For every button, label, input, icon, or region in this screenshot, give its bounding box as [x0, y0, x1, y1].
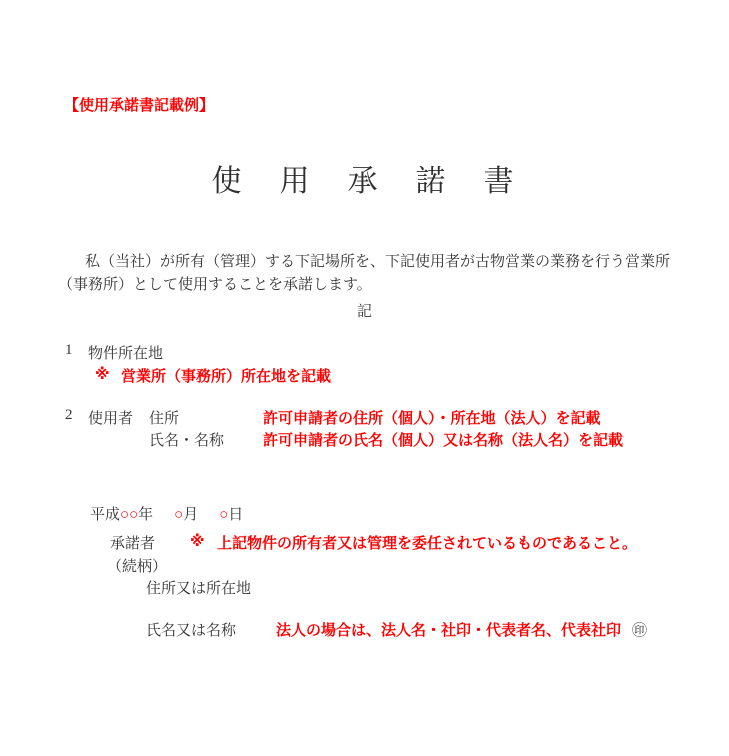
item2-address-label: 住所	[149, 407, 179, 428]
item2-name-note: 許可申請者の氏名（個人）又は名称（法人名）を記載	[263, 429, 623, 450]
consenter-note-mark: ※	[190, 532, 205, 550]
consenter-name-note: 法人の場合は、法人名・社印・代表者名、代表社印	[276, 619, 621, 640]
item2-label: 使用者	[88, 407, 133, 428]
ki-marker: 記	[0, 300, 729, 321]
seal-mark-icon: ㊞	[632, 619, 647, 640]
item2-row1: 2 使用者 住所 許可申請者の住所（個人）・所在地（法人）を記載	[0, 407, 729, 429]
item1-note: 営業所（事務所）所在地を記載	[121, 365, 331, 386]
page-title: 使 用 承 諾 書	[0, 156, 729, 200]
item1-note-mark: ※	[95, 365, 110, 383]
date-day-placeholder: ○	[219, 506, 228, 523]
item2-name-label: 氏名・名称	[149, 429, 224, 450]
date-era: 平成	[90, 507, 120, 523]
item2-row2: 氏名・名称 許可申請者の氏名（個人）又は名称（法人名）を記載	[0, 429, 729, 451]
item1-number: 1	[65, 342, 73, 359]
consenter-row: 承諾者 ※ 上記物件の所有者又は管理を委任されているものであること。	[0, 532, 729, 554]
consenter-address-label: 住所又は所在地	[146, 577, 251, 598]
date-year-suffix: 年	[138, 507, 153, 523]
intro-paragraph: 私（当社）が所有（管理）する下記場所を、下記使用者が古物営業の業務を行う営業所（…	[58, 251, 670, 297]
relation-label: （続柄）	[107, 555, 167, 576]
relation-row: （続柄）	[0, 555, 729, 577]
consenter-address-row: 住所又は所在地	[0, 577, 729, 599]
document-page: 【使用承諾書記載例】 使 用 承 諾 書 私（当社）が所有（管理）する下記場所を…	[0, 0, 729, 756]
date-month-suffix: 月	[183, 507, 198, 523]
date-line: 平成○○年○月○日	[75, 486, 243, 508]
doc-label: 【使用承諾書記載例】	[64, 94, 214, 115]
date-day-suffix: 日	[228, 507, 243, 523]
consenter-note: 上記物件の所有者又は管理を委任されているものであること。	[217, 532, 637, 553]
item1-row: 1 物件所在地	[0, 342, 729, 364]
item2-number: 2	[65, 407, 73, 424]
item2-address-note: 許可申請者の住所（個人）・所在地（法人）を記載	[263, 407, 601, 428]
date-year-placeholder: ○○	[120, 506, 138, 523]
date-month-placeholder: ○	[174, 506, 183, 523]
consenter-label: 承諾者	[110, 532, 155, 553]
consenter-name-label: 氏名又は名称	[146, 619, 236, 640]
item1-label: 物件所在地	[88, 342, 163, 363]
consenter-name-row: 氏名又は名称 法人の場合は、法人名・社印・代表者名、代表社印 ㊞	[0, 619, 729, 641]
item1-note-row: ※ 営業所（事務所）所在地を記載	[0, 365, 729, 387]
